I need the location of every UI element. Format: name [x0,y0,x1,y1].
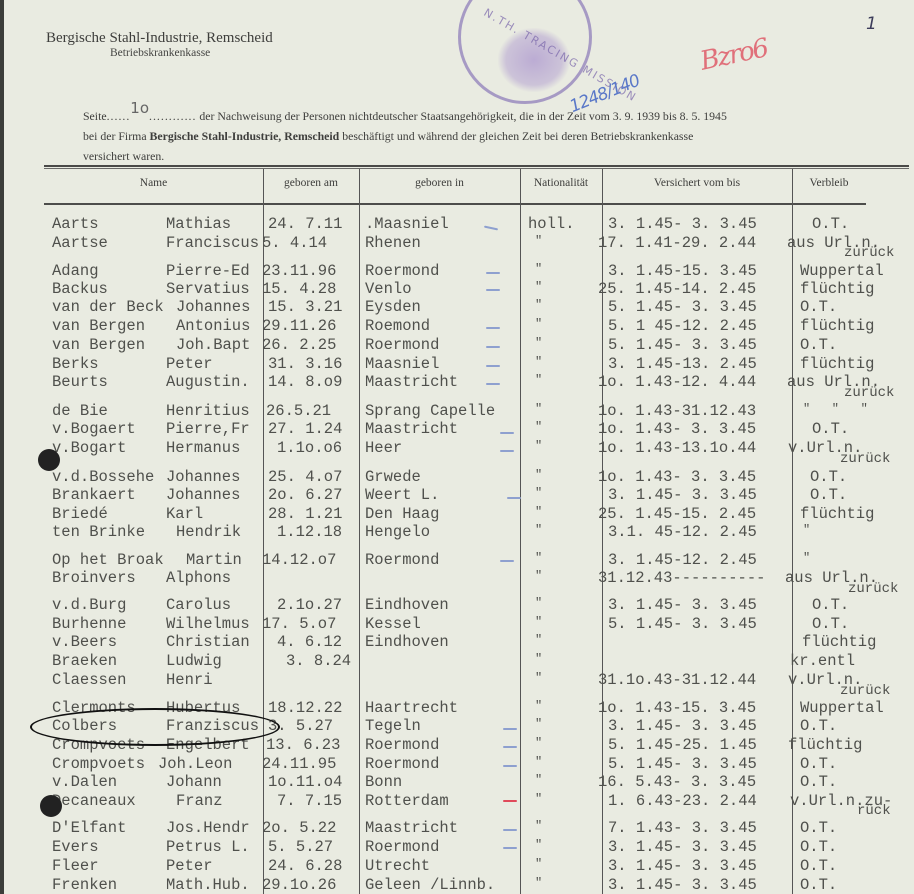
nationality: " [535,317,542,331]
first-name: Christian [166,633,250,651]
table-top-rule [44,165,909,167]
first-name: Johannes [166,468,240,486]
birth-date: 28. 1.21 [268,505,342,523]
birth-date: 24.11.95 [262,755,336,773]
first-name: Alphons [166,569,231,587]
first-name: Antonius [176,317,250,335]
birth-date: 7. 7.15 [277,792,342,810]
whereabouts: O.T. [800,857,837,875]
insured-period: 3. 1.45-13. 2.45 [608,355,757,373]
birth-place: Roermond [365,838,439,856]
punch-hole-blot [38,449,60,471]
last-name: Braeken [52,652,117,670]
nationality: " [535,755,542,769]
birth-date: 27. 1.24 [268,420,342,438]
blue-check-mark [486,272,500,274]
insured-period: 16. 5.43- 3. 3.45 [598,773,756,791]
birth-date: 17. 5.o7 [262,615,336,633]
insured-period: 3. 1.45- 3. 3.45 [608,596,757,614]
whereabouts: flüchtig [800,280,874,298]
first-name: Jos.Hendr [166,819,250,837]
blue-check-mark [503,728,517,730]
table-header-rule [44,203,866,205]
birth-place: Maastricht [365,819,458,837]
blue-check-mark [503,746,517,748]
last-name: Fleer [52,857,99,875]
birth-date: 26. 2.25 [262,336,336,354]
birth-date: 2o. 6.27 [268,486,342,504]
insured-period: 31.1o.43-31.12.44 [598,671,756,689]
birth-place: Roermond [365,551,439,569]
birth-place: Bonn [365,773,402,791]
birth-place: Maastricht [365,373,458,391]
last-name: v.Dalen [52,773,117,791]
birth-place: Rotterdam [365,792,449,810]
birth-place: Grwede [365,468,421,486]
birth-date: 1.1o.o6 [277,439,342,457]
col-header-born-date: geboren am [263,177,359,189]
blue-check-mark [500,560,514,562]
company-letterhead: Bergische Stahl-Industrie, Remscheid [46,30,273,47]
birth-place: Den Haag [365,505,439,523]
whereabouts-note: zurück [848,581,898,597]
insured-period: 3. 1.45-12. 2.45 [608,551,757,569]
whereabouts: O.T. [800,819,837,837]
punch-hole-blot [40,795,62,817]
last-name: v.d.Burg [52,596,126,614]
last-name: van der Beck [52,298,164,316]
birth-date: 24. 6.28 [268,857,342,875]
whereabouts: flüchtig [802,633,876,651]
birth-date: 5. 4.14 [262,234,327,252]
whereabouts: O.T. [810,468,847,486]
whereabouts: O.T. [812,215,849,233]
insured-period: 5. 1.45- 3. 3.45 [608,336,757,354]
insured-period: 1o. 1.43-12. 4.44 [598,373,756,391]
intro-line-2: bei der Firma Bergische Stahl-Industrie,… [83,126,907,146]
intro-paragraph: Seite......1o............ der Nachweisun… [83,105,907,166]
blue-check-mark [503,829,517,831]
first-name: Hendrik [176,523,241,541]
birth-date: 1.12.18 [277,523,342,541]
birth-place: Roermond [365,755,439,773]
nationality: " [535,569,542,583]
last-name: Claessen [52,671,126,689]
intro-text-1: der Nachweisung der Personen nichtdeutsc… [199,109,726,123]
nationality: " [535,773,542,787]
insured-period: 1. 6.43-23. 2.44 [608,792,757,810]
birth-date: 4. 6.12 [277,633,342,651]
birth-date: 25. 4.o7 [268,468,342,486]
birth-place: Roemond [365,317,430,335]
insured-period: 31.12.43---------- [598,569,765,587]
whereabouts-note: rück [857,803,891,819]
birth-date: 15. 4.28 [262,280,336,298]
intro-line-1: Seite......1o............ der Nachweisun… [83,105,907,126]
nationality: " [535,280,542,294]
birth-date: 2o. 5.22 [262,819,336,837]
column-divider [792,169,793,894]
insured-period: 5. 1.45- 3. 3.45 [608,755,757,773]
col-header-name: Name [44,177,263,189]
birth-date: 14.12.o7 [262,551,336,569]
nationality: " [535,736,542,750]
whereabouts: O.T. [812,420,849,438]
col-header-nationality: Nationalität [520,177,602,189]
whereabouts: " " " [803,402,868,416]
whereabouts: flüchtig [800,355,874,373]
last-name: Adang [52,262,99,280]
nationality: holl. [528,215,575,233]
page-edge [0,0,4,894]
first-name: Math.Hub. [166,876,250,894]
first-name: Franciscus [166,234,259,252]
intro-text-2a: bei der Firma [83,129,147,143]
insured-period: 5. 1.45- 3. 3.45 [608,298,757,316]
first-name: Pierre-Ed [166,262,250,280]
col-header-insured: Versichert vom bis [602,177,792,189]
insured-period: 3. 1.45- 3. 3.45 [608,857,757,875]
first-name: Johannes [176,298,250,316]
last-name: D'Elfant [52,819,126,837]
nationality: " [535,439,542,453]
col-header-born-place: geboren in [359,177,520,189]
insured-period: 3. 1.45- 3. 3.45 [608,838,757,856]
last-name: v.Bogart [52,439,126,457]
birth-date: 2.1o.27 [277,596,342,614]
first-name: Pierre,Fr [166,420,250,438]
birth-place: Roermond [365,736,439,754]
birth-date: 14. 8.o9 [268,373,342,391]
blue-check-mark [484,226,498,231]
nationality: " [535,336,542,350]
whereabouts: O.T. [800,717,837,735]
first-name: Martin [186,551,242,569]
first-name: Carolus [166,596,231,614]
first-name: Johann [166,773,222,791]
whereabouts: O.T. [800,755,837,773]
last-name: van Bergen [52,336,145,354]
nationality: " [535,298,542,312]
seite-label: Seite [83,109,107,123]
first-name: Franz [176,792,223,810]
last-name: Crompvoets [52,755,145,773]
intro-text-2b: beschäftigt und während der gleichen Zei… [342,129,693,143]
whereabouts-note: zurück [840,451,890,467]
nationality: " [535,402,542,416]
insured-period: 7. 1.43- 3. 3.45 [608,819,757,837]
blue-check-mark [500,450,514,452]
page-number: 1o [130,99,149,117]
firm-name: Bergische Stahl-Industrie, Remscheid [150,129,340,143]
last-name: Brankaert [52,486,136,504]
insured-period: 5. 1.45- 3. 3.45 [608,615,757,633]
first-name: Joh.Leon [158,755,232,773]
page-number-mark: 1 [866,14,877,34]
nationality: " [535,262,542,276]
nationality: " [535,373,542,387]
birth-place: Roermond [365,262,439,280]
whereabouts: " [803,551,810,565]
nationality: " [535,551,542,565]
birth-place: Hengelo [365,523,430,541]
birth-date: 29.1o.26 [262,876,336,894]
birth-place: Weert L. [365,486,439,504]
last-name: de Bie [52,402,108,420]
whereabouts-note: zurück [844,385,894,401]
last-name: Aarts [52,215,99,233]
last-name: van Bergen [52,317,145,335]
birth-date: 26.5.21 [266,402,331,420]
nationality: " [535,633,542,647]
birth-date: 31. 3.16 [268,355,342,373]
birth-date: 18.12.22 [268,699,342,717]
last-name: Broinvers [52,569,136,587]
whereabouts: flüchtig [800,505,874,523]
birth-date: 3. 8.24 [286,652,351,670]
insured-period: 1o. 1.43-15. 3.45 [598,699,756,717]
blue-check-mark [507,497,521,499]
insured-period: 1o. 1.43- 3. 3.45 [598,420,756,438]
birth-place: Maasniel [365,355,439,373]
birth-place: Eindhoven [365,633,449,651]
last-name: v.d.Bossehe [52,468,154,486]
birth-place: Sprang Capelle [365,402,495,420]
first-name: Servatius [166,280,250,298]
last-name: Beurts [52,373,108,391]
birth-place: Eysden [365,298,421,316]
last-name: Decaneaux [52,792,136,810]
birth-place: Eindhoven [365,596,449,614]
blue-check-mark [486,289,500,291]
blue-check-mark [500,432,514,434]
blue-check-mark [486,327,500,329]
column-divider [359,169,360,894]
whereabouts-note: zurück [840,683,890,699]
table-header: Name geboren am geboren in Nationalität … [44,169,866,203]
nationality: " [535,671,542,685]
whereabouts: Wuppertal [800,262,884,280]
first-name: Wilhelmus [166,615,250,633]
first-name: Peter [166,857,213,875]
birth-date: 23.11.96 [262,262,336,280]
insured-period: 1o. 1.43-13.1o.44 [598,439,756,457]
whereabouts: " [803,523,810,537]
nationality: " [535,486,542,500]
first-name: Hermanus [166,439,240,457]
birth-place: Roermond [365,336,439,354]
blue-check-mark [503,847,517,849]
birth-date: 5. 5.27 [268,838,333,856]
nationality: " [535,792,542,806]
nationality: " [535,819,542,833]
last-name: Berks [52,355,99,373]
nationality: " [535,652,542,666]
intro-line-3: versichert waren. [83,146,907,166]
last-name: ten Brinke [52,523,145,541]
insured-period: 5. 1 45-12. 2.45 [608,317,757,335]
insured-period: 3. 1.45- 3. 3.45 [608,486,757,504]
birth-place: Tegeln [365,717,421,735]
first-name: Henritius [166,402,250,420]
whereabouts: O.T. [800,876,837,894]
nationality: " [535,420,542,434]
first-name: Karl [166,505,203,523]
last-name: Evers [52,838,99,856]
insured-period: 3. 1.45- 3. 3.45 [608,215,757,233]
whereabouts: O.T. [800,336,837,354]
column-divider [520,169,521,894]
nationality: " [535,717,542,731]
last-name: v.Beers [52,633,117,651]
insured-period: 1o. 1.43- 3. 3.45 [598,468,756,486]
birth-place: Heer [365,439,402,457]
last-name: Op het Broak [52,551,164,569]
insured-period: 3. 1.45- 3. 3.45 [608,876,757,894]
birth-date: 13. 6.23 [266,736,340,754]
whereabouts: flüchtig [788,736,862,754]
insured-period: 3.1. 45-12. 2.45 [608,523,757,541]
last-name: Backus [52,280,108,298]
birth-date: 15. 3.21 [268,298,342,316]
insured-period: 1o. 1.43-31.12.43 [598,402,756,420]
first-name: Augustin. [166,373,250,391]
birth-place: Utrecht [365,857,430,875]
nationality: " [535,468,542,482]
first-name: Petrus L. [166,838,250,856]
birth-place: Rhenen [365,234,421,252]
whereabouts-note: zurück [844,245,894,261]
whereabouts: O.T. [800,838,837,856]
nationality: " [535,523,542,537]
insured-period: 17. 1.41-29. 2.44 [598,234,756,252]
last-name: v.Bogaert [52,420,136,438]
first-name: Joh.Bapt [176,336,250,354]
last-name: Frenken [52,876,117,894]
nationality: " [535,615,542,629]
blue-check-mark [503,765,517,767]
whereabouts: O.T. [800,773,837,791]
whereabouts: flüchtig [800,317,874,335]
red-check-mark [503,800,517,802]
last-name: Briedé [52,505,108,523]
birth-date: 29.11.26 [262,317,336,335]
birth-place: Haartrecht [365,699,458,717]
highlight-oval [30,708,280,746]
first-name: Mathias [166,215,231,233]
blue-check-mark [486,383,500,385]
first-name: Peter [166,355,213,373]
nationality: " [535,838,542,852]
whereabouts: O.T. [810,486,847,504]
nationality: " [535,857,542,871]
insured-period: 3. 1.45- 3. 3.45 [608,717,757,735]
birth-place: Venlo [365,280,412,298]
birth-place: Kessel [365,615,421,633]
first-name: Ludwig [166,652,222,670]
birth-date: 1o.11.o4 [268,773,342,791]
nationality: " [535,596,542,610]
first-name: Henri [166,671,213,689]
whereabouts: O.T. [812,615,849,633]
blue-check-mark [486,365,500,367]
whereabouts: O.T. [800,298,837,316]
birth-date: 24. 7.11 [268,215,342,233]
first-name: Johannes [166,486,240,504]
last-name: Aartse [52,234,108,252]
col-header-verbleib: Verbleib [792,177,866,189]
nationality: " [535,234,542,248]
blue-check-mark [486,346,500,348]
nationality: " [535,699,542,713]
whereabouts: Wuppertal [800,699,884,717]
insured-period: 5. 1.45-25. 1.45 [608,736,757,754]
birth-place: Geleen /Linnb. [365,876,495,894]
nationality: " [535,876,542,890]
last-name: Burhenne [52,615,126,633]
insured-period: 25. 1.45-14. 2.45 [598,280,756,298]
letterhead-subtitle: Betriebskrankenkasse [110,47,210,59]
nationality: " [535,505,542,519]
red-handwritten-code: Bzro6 [698,33,770,76]
nationality: " [535,355,542,369]
birth-place: .Maasniel [365,215,449,233]
whereabouts: O.T. [812,596,849,614]
birth-place: Maastricht [365,420,458,438]
whereabouts: kr.entl [790,652,855,670]
insured-period: 25. 1.45-15. 2.45 [598,505,756,523]
insured-period: 3. 1.45-15. 3.45 [608,262,757,280]
